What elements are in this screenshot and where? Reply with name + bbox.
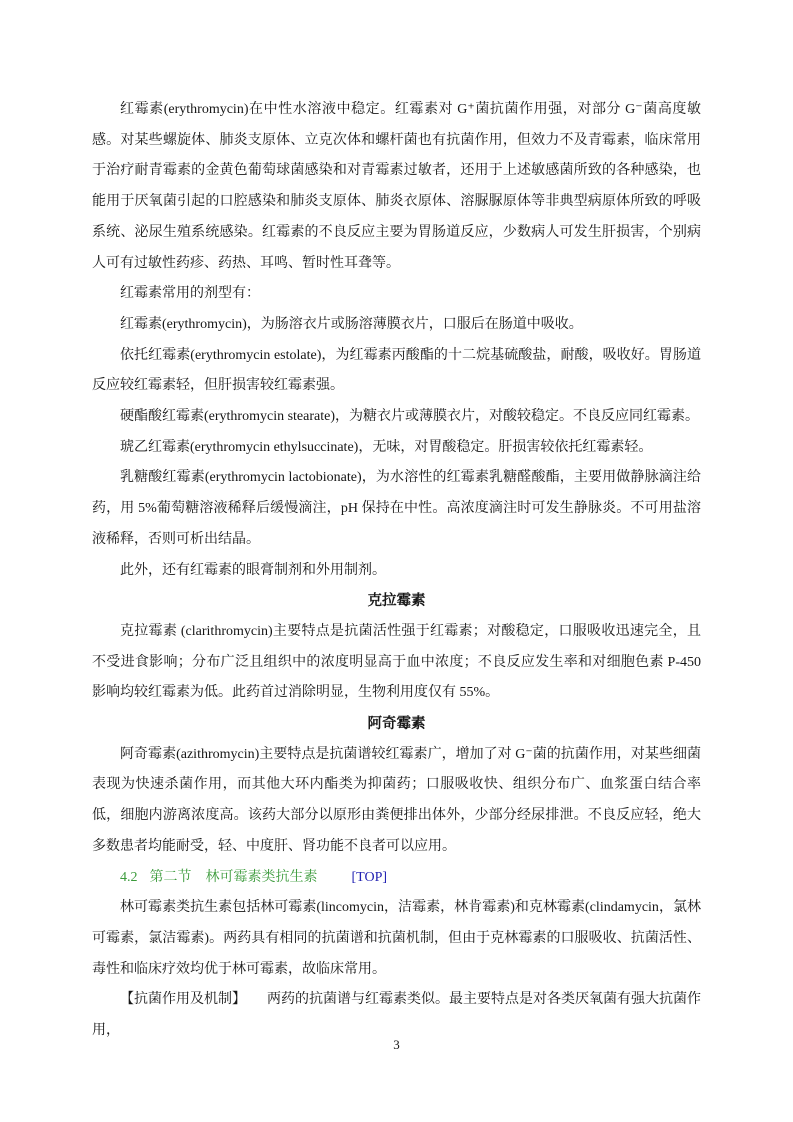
paragraph-erythromycin-forms-intro: 红霉素常用的剂型有： xyxy=(92,279,701,310)
paragraph-erythromycin-lactobionate: 乳糖酸红霉素(erythromycin lactobionate)，为水溶性的红… xyxy=(92,463,701,555)
top-link[interactable]: [TOP] xyxy=(352,870,388,885)
section-title: 第二节 林可霉素类抗生素 xyxy=(150,870,318,885)
paragraph-clarithromycin: 克拉霉素 (clarithromycin)主要特点是抗菌活性强于红霉素；对酸稳定… xyxy=(92,617,701,709)
paragraph-azithromycin: 阿奇霉素(azithromycin)主要特点是抗菌谱较红霉素广，增加了对 G⁻菌… xyxy=(92,740,701,863)
paragraph-erythromycin-ethylsuccinate: 琥乙红霉素(erythromycin ethylsuccinate)，无味，对胃… xyxy=(92,433,701,464)
paragraph-erythromycin-other-forms: 此外，还有红霉素的眼膏制剂和外用制剂。 xyxy=(92,556,701,587)
paragraph-erythromycin-tablet: 红霉素(erythromycin)，为肠溶衣片或肠溶薄膜衣片，口服后在肠道中吸收… xyxy=(92,310,701,341)
paragraph-erythromycin-estolate: 依托红霉素(erythromycin estolate)，为红霉素丙酸酯的十二烷… xyxy=(92,341,701,402)
paragraph-erythromycin-intro: 红霉素(erythromycin)在中性水溶液中稳定。红霉素对 G⁺菌抗菌作用强… xyxy=(92,95,701,279)
page-number: 3 xyxy=(0,1037,793,1053)
section-number: 4.2 xyxy=(120,870,138,885)
paragraph-erythromycin-stearate: 硬酯酸红霉素(erythromycin stearate)，为糖衣片或薄膜衣片，… xyxy=(92,402,701,433)
section-heading-lincomycins: 4.2第二节 林可霉素类抗生素[TOP] xyxy=(92,863,701,894)
document-body: 红霉素(erythromycin)在中性水溶液中稳定。红霉素对 G⁺菌抗菌作用强… xyxy=(92,95,701,1047)
paragraph-lincomycins-intro: 林可霉素类抗生素包括林可霉素(lincomycin，洁霉素，林肯霉素)和克林霉素… xyxy=(92,893,701,985)
heading-clarithromycin: 克拉霉素 xyxy=(92,586,701,617)
document-page: 红霉素(erythromycin)在中性水溶液中稳定。红霉素对 G⁺菌抗菌作用强… xyxy=(0,0,793,1122)
heading-azithromycin: 阿奇霉素 xyxy=(92,709,701,740)
